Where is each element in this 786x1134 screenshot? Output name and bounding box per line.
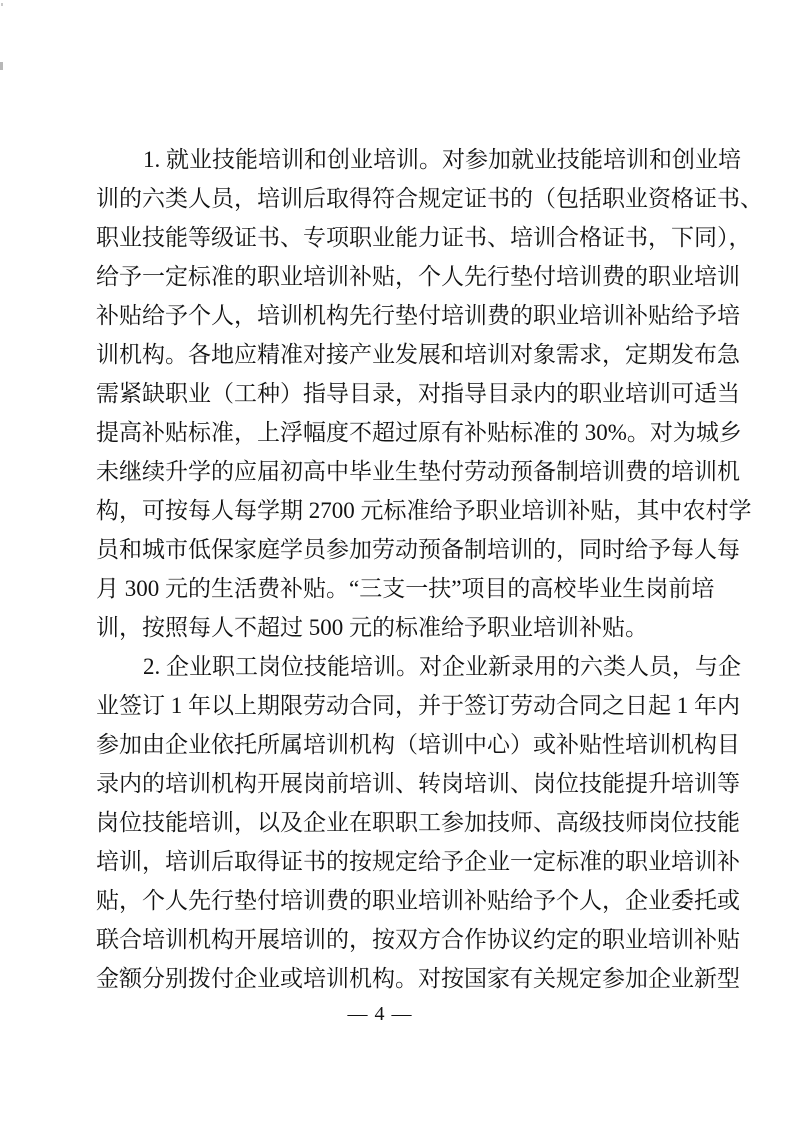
body-text: 1. 就业技能培训和创业培训。对参加就业技能培训和创业培 训的六类人员，培训后取… xyxy=(96,140,708,998)
paragraph-1-line: 1. 就业技能培训和创业培训。对参加就业技能培训和创业培 xyxy=(96,140,708,179)
scan-speck xyxy=(0,62,3,70)
paragraph-2-line: 贴，个人先行垫付培训费的职业培训补贴给予个人，企业委托或 xyxy=(96,881,708,920)
paragraph-1-line: 训机构。各地应精准对接产业发展和培训对象需求，定期发布急 xyxy=(96,335,708,374)
paragraph-1-line: 补贴给予个人，培训机构先行垫付培训费的职业培训补贴给予培 xyxy=(96,296,708,335)
paragraph-1-line: 训，按照每人不超过 500 元的标准给予职业培训补贴。 xyxy=(96,608,708,647)
paragraph-2-line: 参加由企业依托所属培训机构（培训中心）或补贴性培训机构目 xyxy=(96,725,708,764)
paragraph-1-line: 提高补贴标准，上浮幅度不超过原有补贴标准的 30%。对为城乡 xyxy=(96,413,708,452)
paragraph-1-line: 未继续升学的应届初高中毕业生垫付劳动预备制培训费的培训机 xyxy=(96,452,708,491)
scan-speck xyxy=(1,3,3,6)
paragraph-2-line: 培训，培训后取得证书的按规定给予企业一定标准的职业培训补 xyxy=(96,842,708,881)
paragraph-1-line: 构，可按每人每学期 2700 元标准给予职业培训补贴，其中农村学 xyxy=(96,491,708,530)
paragraph-1-line: 月 300 元的生活费补贴。“三支一扶”项目的高校毕业生岗前培 xyxy=(96,569,708,608)
paragraph-2-line: 2. 企业职工岗位技能培训。对企业新录用的六类人员，与企 xyxy=(96,647,708,686)
paragraph-1-line: 给予一定标准的职业培训补贴，个人先行垫付培训费的职业培训 xyxy=(96,257,708,296)
paragraph-2-line: 金额分别拨付企业或培训机构。对按国家有关规定参加企业新型 xyxy=(96,959,708,998)
paragraph-1-line: 需紧缺职业（工种）指导目录，对指导目录内的职业培训可适当 xyxy=(96,374,708,413)
page-number: — 4 — xyxy=(0,1002,760,1026)
paragraph-2-line: 岗位技能培训，以及企业在职职工参加技师、高级技师岗位技能 xyxy=(96,803,708,842)
document-page: 1. 就业技能培训和创业培训。对参加就业技能培训和创业培 训的六类人员，培训后取… xyxy=(0,0,786,1134)
paragraph-2-line: 联合培训机构开展培训的，按双方合作协议约定的职业培训补贴 xyxy=(96,920,708,959)
paragraph-1-line: 员和城市低保家庭学员参加劳动预备制培训的，同时给予每人每 xyxy=(96,530,708,569)
paragraph-2-line: 业签订 1 年以上期限劳动合同，并于签订劳动合同之日起 1 年内 xyxy=(96,686,708,725)
paragraph-1-line: 职业技能等级证书、专项职业能力证书、培训合格证书，下同）， xyxy=(96,218,708,257)
paragraph-2-line: 录内的培训机构开展岗前培训、转岗培训、岗位技能提升培训等 xyxy=(96,764,708,803)
paragraph-1-line: 训的六类人员，培训后取得符合规定证书的（包括职业资格证书、 xyxy=(96,179,708,218)
